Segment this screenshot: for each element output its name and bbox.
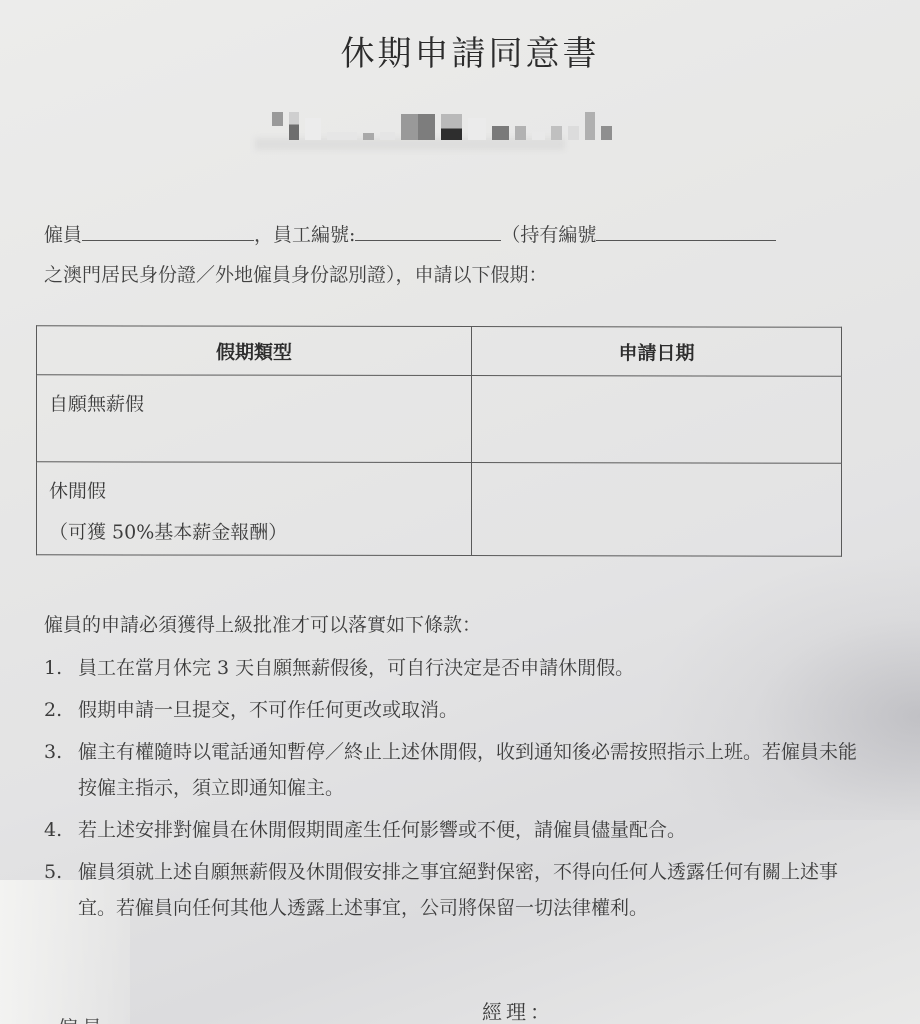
term-item: 2. 假期申請一旦提交，不可作任何更改或取消。 xyxy=(44,692,874,728)
term-item: 3. 僱主有權隨時以電話通知暫停／終止上述休閒假，收到通知後必需按照指示上班。若… xyxy=(44,734,874,806)
terms-list: 1. 員工在當月休完 3 天自願無薪假後，可自行決定是否申請休閒假。 2. 假期… xyxy=(44,650,874,926)
employee-no-label: ，員工編號: xyxy=(254,224,355,246)
terms-lead: 僱員的申請必須獲得上級批准才可以落實如下條款： xyxy=(44,610,874,640)
term-number: 5. xyxy=(44,854,78,926)
term-text: 員工在當月休完 3 天自願無薪假後，可自行決定是否申請休閒假。 xyxy=(78,650,874,686)
term-number: 1. xyxy=(44,650,78,686)
leave-type-cell: 休閒假 （可獲 50%基本薪金報酬） xyxy=(37,462,472,556)
term-text: 假期申請一旦提交，不可作任何更改或取消。 xyxy=(78,692,874,728)
employee-no-field[interactable] xyxy=(355,218,501,241)
apply-date-cell[interactable] xyxy=(472,463,842,557)
leave-type-note: （可獲 50%基本薪金報酬） xyxy=(49,517,459,545)
leave-type-cell: 自願無薪假 xyxy=(37,375,472,463)
id-no-label: （持有編號 xyxy=(501,224,596,246)
table-row: 休閒假 （可獲 50%基本薪金報酬） xyxy=(37,462,842,556)
header-leave-type: 假期類型 xyxy=(37,326,472,376)
term-item: 1. 員工在當月休完 3 天自願無薪假後，可自行決定是否申請休閒假。 xyxy=(44,650,874,686)
redacted-company-name xyxy=(272,104,612,140)
term-text: 僱主有權隨時以電話通知暫停／終止上述休閒假，收到通知後必需按照指示上班。若僱員未… xyxy=(78,734,874,806)
applicant-line-1: 僱員，員工編號:（持有編號 xyxy=(44,215,864,255)
table-header-row: 假期類型 申請日期 xyxy=(37,326,842,376)
leave-type-label: 休閒假 xyxy=(49,480,106,502)
term-text: 若上述安排對僱員在休閒假期間產生任何影響或不便，請僱員儘量配合。 xyxy=(78,812,874,848)
applicant-info-section: 僱員，員工編號:（持有編號 之澳門居民身份證／外地僱員身份認別證），申請以下假期… xyxy=(44,215,864,295)
header-apply-date: 申請日期 xyxy=(472,327,842,377)
terms-section: 僱員的申請必須獲得上級批准才可以落實如下條款： 1. 員工在當月休完 3 天自願… xyxy=(44,610,874,932)
applicant-line-2: 之澳門居民身份證／外地僱員身份認別證），申請以下假期： xyxy=(44,255,864,295)
table-row: 自願無薪假 xyxy=(37,375,842,463)
term-text: 僱員須就上述自願無薪假及休閒假安排之事宜絕對保密，不得向任何人透露任何有關上述事… xyxy=(78,854,874,926)
term-number: 3. xyxy=(44,734,78,806)
term-item: 5. 僱員須就上述自願無薪假及休閒假安排之事宜絕對保密，不得向任何人透露任何有關… xyxy=(44,854,874,926)
manager-signature-label: 經理： xyxy=(482,996,554,1024)
document-title: 休期申請同意書 xyxy=(0,26,920,75)
employee-signature-label: 僱員： xyxy=(58,1012,130,1024)
leave-type-label: 自願無薪假 xyxy=(49,393,144,415)
employee-name-field[interactable] xyxy=(82,218,254,241)
term-item: 4. 若上述安排對僱員在休閒假期間產生任何影響或不便，請僱員儘量配合。 xyxy=(44,812,874,848)
id-no-field[interactable] xyxy=(596,218,776,241)
leave-table: 假期類型 申請日期 自願無薪假 休閒假 （可獲 50%基本薪金報酬） xyxy=(36,325,842,556)
apply-date-cell[interactable] xyxy=(472,376,842,464)
employee-label: 僱員 xyxy=(44,224,82,246)
term-number: 4. xyxy=(44,812,78,848)
term-number: 2. xyxy=(44,692,78,728)
